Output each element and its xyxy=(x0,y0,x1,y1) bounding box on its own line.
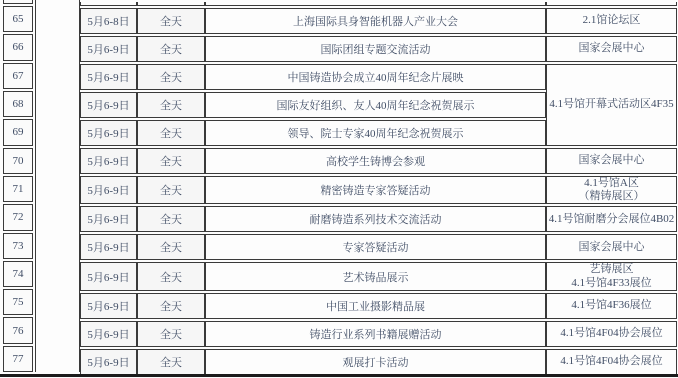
row-number-cell: 69 xyxy=(3,119,33,145)
location-cell: 4.1号馆A区 （精铸展区） xyxy=(546,176,677,204)
date-cell: 5月6-9日 xyxy=(80,120,137,146)
cutoff-row-number-cell xyxy=(3,0,33,4)
time-cell: 全天 xyxy=(137,64,205,90)
table-row: 5月6-9日 全天 国际团组专题交流活动 国家会展中心 xyxy=(80,36,677,62)
event-cell: 中国铸造协会成立40周年纪念片展映 xyxy=(205,64,546,90)
row-number-cell: 75 xyxy=(3,289,33,315)
row-number-column: 65 66 67 68 69 70 71 72 73 74 75 76 77 xyxy=(3,0,33,372)
location-cell: 2.1馆论坛区 xyxy=(546,8,677,34)
table-row: 5月6-9日 全天 中国工业摄影精品展 4.1号馆4F36展位 xyxy=(80,293,677,319)
location-cell: 艺铸展区 4.1号馆4F33展位 xyxy=(546,262,677,290)
date-cell: 5月6-9日 xyxy=(80,293,137,319)
event-cell: 高校学生铸博会参观 xyxy=(205,148,546,174)
time-cell: 全天 xyxy=(137,234,205,260)
location-cell: 国家会展中心 xyxy=(546,36,677,62)
cutoff-cell xyxy=(546,2,677,6)
table-row: 5月6-9日 全天 艺术铸品展示 艺铸展区 4.1号馆4F33展位 xyxy=(80,262,677,290)
cutoff-cell xyxy=(137,2,205,6)
row-number-cell: 65 xyxy=(3,6,33,32)
empty-category-column xyxy=(35,0,80,372)
row-number-cell: 70 xyxy=(3,148,33,174)
cutoff-row xyxy=(80,2,677,6)
row-number-cell: 77 xyxy=(3,346,33,372)
time-cell: 全天 xyxy=(137,293,205,319)
event-cell: 中国工业摄影精品展 xyxy=(205,293,546,319)
table-row: 5月6-8日 全天 上海国际具身智能机器人产业大会 2.1馆论坛区 xyxy=(80,8,677,34)
location-cell: 4.1号馆耐磨分会展位4B02 xyxy=(546,206,677,232)
row-number-cell: 73 xyxy=(3,233,33,259)
time-cell: 全天 xyxy=(137,321,205,347)
time-cell: 全天 xyxy=(137,148,205,174)
time-cell: 全天 xyxy=(137,36,205,62)
event-cell: 国际团组专题交流活动 xyxy=(205,36,546,62)
table-row: 5月6-9日 全天 耐磨铸造系列技术交流活动 4.1号馆耐磨分会展位4B02 xyxy=(80,206,677,232)
table-row: 5月6-9日 全天 中国铸造协会成立40周年纪念片展映 4.1号馆开幕式活动区4… xyxy=(80,64,677,90)
date-cell: 5月6-9日 xyxy=(80,176,137,204)
date-cell: 5月6-8日 xyxy=(80,8,137,34)
row-number-cell: 71 xyxy=(3,176,33,202)
row-number-cell: 68 xyxy=(3,91,33,117)
event-cell: 耐磨铸造系列技术交流活动 xyxy=(205,206,546,232)
table-row: 5月6-9日 全天 高校学生铸博会参观 国家会展中心 xyxy=(80,148,677,174)
event-cell: 铸造行业系列书籍展赠活动 xyxy=(205,321,546,347)
location-cell: 国家会展中心 xyxy=(546,234,677,260)
time-cell: 全天 xyxy=(137,8,205,34)
time-cell: 全天 xyxy=(137,206,205,232)
date-cell: 5月6-9日 xyxy=(80,262,137,290)
time-cell: 全天 xyxy=(137,176,205,204)
date-cell: 5月6-9日 xyxy=(80,321,137,347)
location-cell: 4.1号馆4F04协会展位 xyxy=(546,321,677,347)
row-number-cell: 67 xyxy=(3,63,33,89)
location-cell: 4.1号馆4F04协会展位 xyxy=(546,349,677,375)
event-cell: 专家答疑活动 xyxy=(205,234,546,260)
schedule-table: 5月6-8日 全天 上海国际具身智能机器人产业大会 2.1馆论坛区 5月6-9日… xyxy=(80,0,677,377)
event-cell: 艺术铸品展示 xyxy=(205,262,546,290)
location-cell: 4.1号馆4F36展位 xyxy=(546,293,677,319)
event-cell: 精密铸造专家答疑活动 xyxy=(205,176,546,204)
time-cell: 全天 xyxy=(137,92,205,118)
event-cell: 国际友好组织、友人40周年纪念祝贺展示 xyxy=(205,92,546,118)
date-cell: 5月6-9日 xyxy=(80,349,137,375)
event-cell: 上海国际具身智能机器人产业大会 xyxy=(205,8,546,34)
page-bottom-rule xyxy=(0,374,678,377)
event-cell: 观展打卡活动 xyxy=(205,349,546,375)
event-cell: 领导、院士专家40周年纪念祝贺展示 xyxy=(205,120,546,146)
table-row: 5月6-9日 全天 专家答疑活动 国家会展中心 xyxy=(80,234,677,260)
time-cell: 全天 xyxy=(137,349,205,375)
date-cell: 5月6-9日 xyxy=(80,92,137,118)
table-row: 5月6-9日 全天 铸造行业系列书籍展赠活动 4.1号馆4F04协会展位 xyxy=(80,321,677,347)
date-cell: 5月6-9日 xyxy=(80,206,137,232)
date-cell: 5月6-9日 xyxy=(80,148,137,174)
row-number-cell: 66 xyxy=(3,34,33,60)
row-number-cell: 72 xyxy=(3,204,33,230)
time-cell: 全天 xyxy=(137,262,205,290)
table-row: 5月6-9日 全天 精密铸造专家答疑活动 4.1号馆A区 （精铸展区） xyxy=(80,176,677,204)
table-row: 5月6-9日 全天 观展打卡活动 4.1号馆4F04协会展位 xyxy=(80,349,677,375)
schedule-page: 65 66 67 68 69 70 71 72 73 74 75 76 77 5… xyxy=(0,0,678,378)
date-cell: 5月6-9日 xyxy=(80,234,137,260)
time-cell: 全天 xyxy=(137,120,205,146)
date-cell: 5月6-9日 xyxy=(80,36,137,62)
location-cell: 国家会展中心 xyxy=(546,148,677,174)
row-number-cell: 74 xyxy=(3,261,33,287)
cutoff-cell xyxy=(205,2,546,6)
cutoff-cell xyxy=(80,2,137,6)
date-cell: 5月6-9日 xyxy=(80,64,137,90)
location-cell-merged: 4.1号馆开幕式活动区4F35 xyxy=(546,64,677,146)
row-number-cell: 76 xyxy=(3,317,33,343)
